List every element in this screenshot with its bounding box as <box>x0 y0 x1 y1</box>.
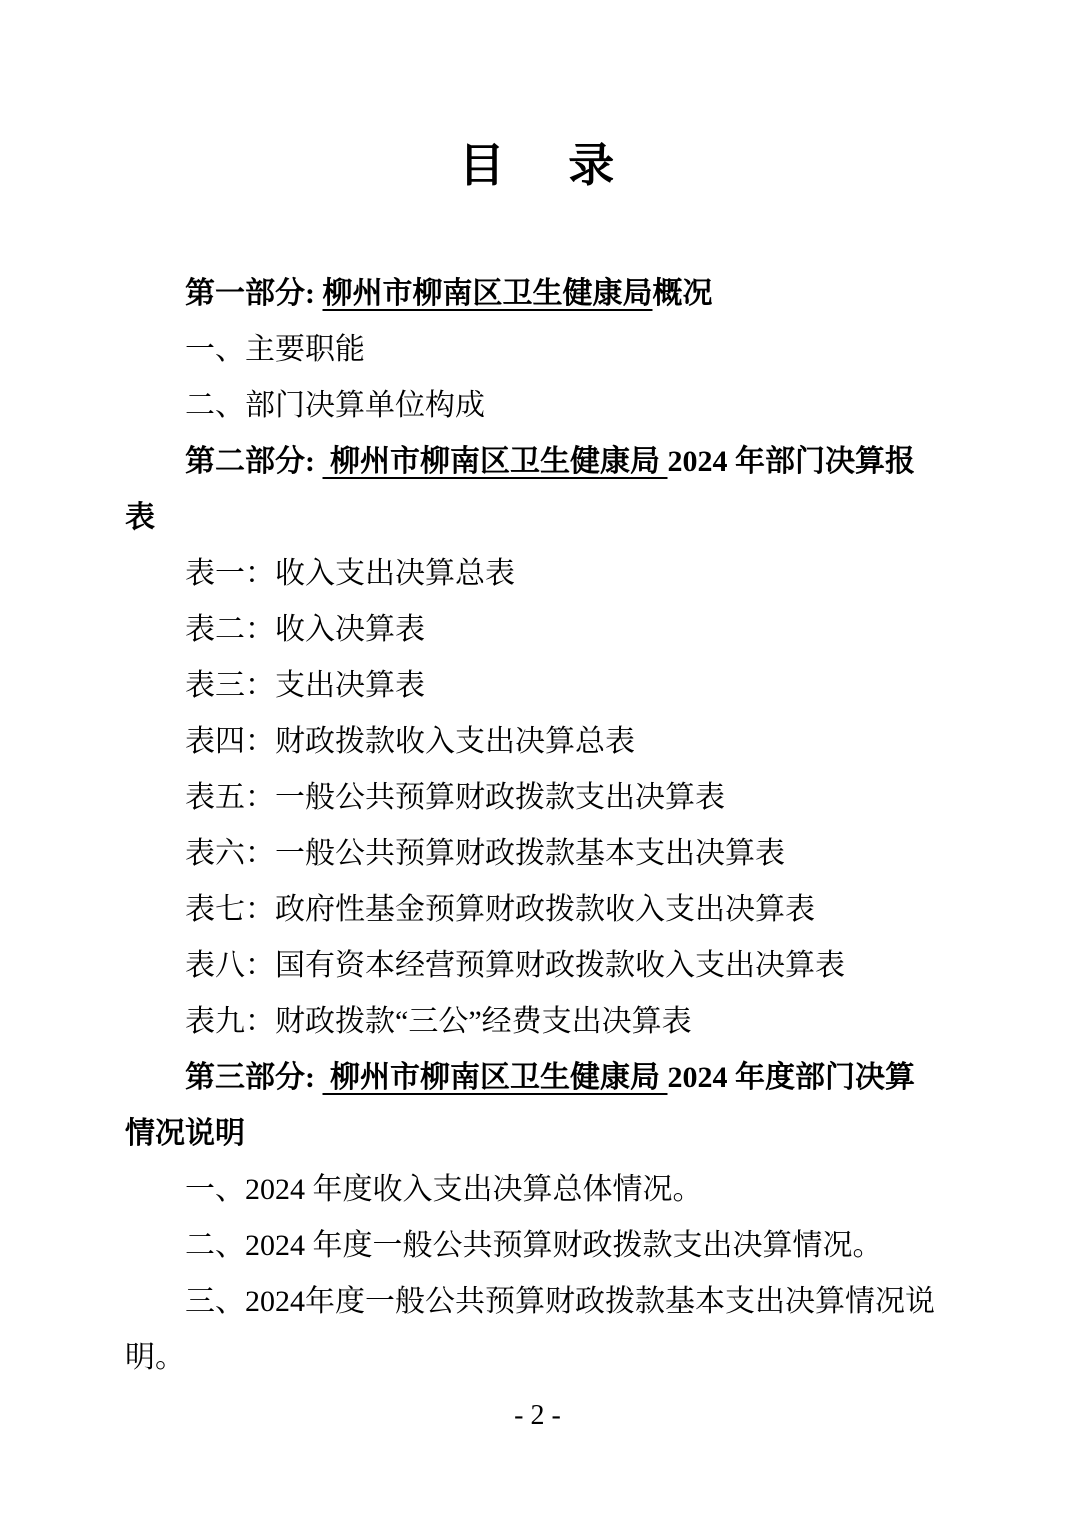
toc-part1-heading: 第一部分: 柳州市柳南区卫生健康局概况 <box>125 266 950 322</box>
toc-entry-table-8: 表八：国有资本经营预算财政拨款收入支出决算表 <box>125 938 950 994</box>
toc-part3-heading-wrap: 情况说明 <box>125 1106 950 1162</box>
toc-entry-table-6: 表六：一般公共预算财政拨款基本支出决算表 <box>125 826 950 882</box>
part2-heading-suffix: 2024 年部门决算报 <box>668 445 916 478</box>
toc-part2-heading: 第二部分: 柳州市柳南区卫生健康局 2024 年部门决算报 <box>125 434 950 490</box>
toc-part2-heading-wrap: 表 <box>125 490 950 546</box>
document-title: 目 录 <box>125 0 950 192</box>
part2-label: 第二部分: <box>185 445 323 478</box>
part1-label: 第一部分: <box>185 277 323 310</box>
part1-heading-suffix: 概况 <box>653 277 713 310</box>
page-number: - 2 - <box>514 1400 561 1431</box>
toc-entry-basic-expenditure-wrap: 明。 <box>125 1330 950 1386</box>
toc-entry-table-4: 表四：财政拨款收入支出决算总表 <box>125 714 950 770</box>
toc-entry-table-1: 表一：收入支出决算总表 <box>125 546 950 602</box>
toc-entry-overall-situation: 一、2024 年度收入支出决算总体情况。 <box>125 1162 950 1218</box>
toc-entry-unit-composition: 二、部门决算单位构成 <box>125 378 950 434</box>
page-footer: - 2 - <box>125 1396 950 1436</box>
toc-entry-basic-expenditure: 三、2024年度一般公共预算财政拨款基本支出决算情况说 <box>125 1274 950 1330</box>
part1-org-name-underlined: 柳州市柳南区卫生健康局 <box>323 277 653 310</box>
document-page: 目 录 第一部分: 柳州市柳南区卫生健康局概况 一、主要职能 二、部门决算单位构… <box>0 0 1074 1520</box>
part2-org-name-underlined: 柳州市柳南区卫生健康局 <box>323 445 668 478</box>
toc-entry-table-5: 表五：一般公共预算财政拨款支出决算表 <box>125 770 950 826</box>
part3-org-name-underlined: 柳州市柳南区卫生健康局 <box>323 1061 668 1094</box>
part3-heading-suffix: 2024 年度部门决算 <box>668 1061 916 1094</box>
toc-entry-table-2: 表二：收入决算表 <box>125 602 950 658</box>
toc-entry-table-3: 表三：支出决算表 <box>125 658 950 714</box>
toc-entry-table-9: 表九：财政拨款“三公”经费支出决算表 <box>125 994 950 1050</box>
part3-label: 第三部分: <box>185 1061 323 1094</box>
toc-entry-general-budget-expenditure: 二、2024 年度一般公共预算财政拨款支出决算情况。 <box>125 1218 950 1274</box>
table-of-contents: 第一部分: 柳州市柳南区卫生健康局概况 一、主要职能 二、部门决算单位构成 第二… <box>125 266 950 1386</box>
toc-part3-heading: 第三部分: 柳州市柳南区卫生健康局 2024 年度部门决算 <box>125 1050 950 1106</box>
toc-entry-main-functions: 一、主要职能 <box>125 322 950 378</box>
toc-entry-table-7: 表七：政府性基金预算财政拨款收入支出决算表 <box>125 882 950 938</box>
